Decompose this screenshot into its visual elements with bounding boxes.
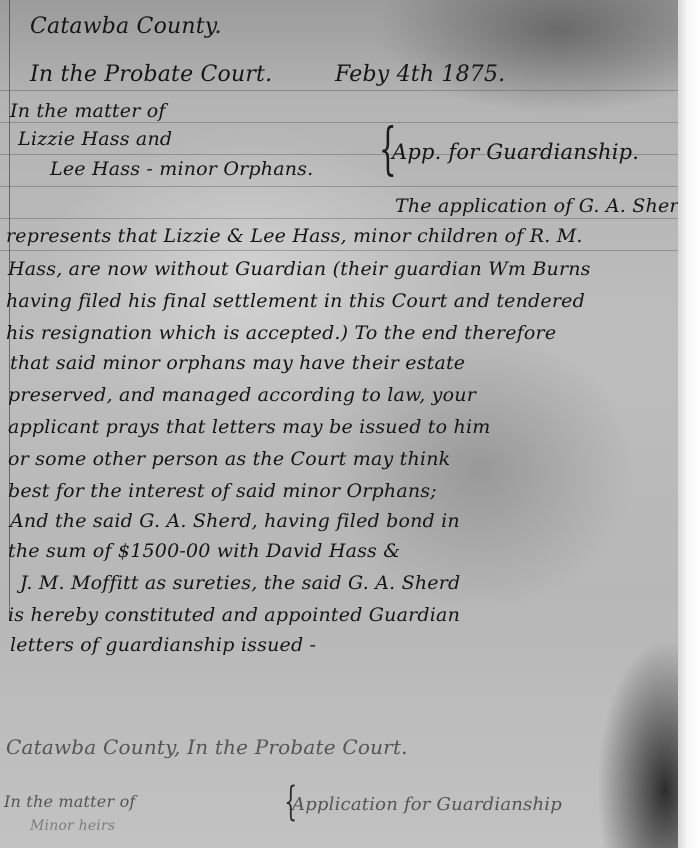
entry-date: Feby 4th 1875. <box>335 62 505 87</box>
caption: App. for Guardianship. <box>392 140 639 164</box>
body-line: best for the interest of said minor Orph… <box>8 480 437 502</box>
ruled-line <box>0 186 678 187</box>
body-line: his resignation which is accepted.) To t… <box>6 322 556 344</box>
body-line: or some other person as the Court may th… <box>8 448 450 470</box>
court-heading: In the Probate Court. <box>30 62 272 87</box>
body-line: letters of guardianship issued - <box>10 634 316 656</box>
ruled-line <box>0 218 678 219</box>
second-matter-line: Minor heirs <box>30 818 115 834</box>
ruled-line <box>0 250 678 251</box>
second-entry-heading: Catawba County, In the Probate Court. <box>6 735 408 759</box>
paper-edge <box>678 0 700 848</box>
document-page: Catawba County. In the Probate Court. Fe… <box>0 0 678 848</box>
county-heading: Catawba County. <box>30 14 222 39</box>
ruled-line <box>0 122 678 123</box>
body-line: preserved, and managed according to law,… <box>8 384 476 406</box>
matter-line: Lizzie Hass and <box>18 128 172 150</box>
matter-line: Lee Hass - minor Orphans. <box>50 158 313 180</box>
ruled-line <box>0 90 678 91</box>
body-line: J. M. Moffitt as sureties, the said G. A… <box>20 572 460 594</box>
body-line: that said minor orphans may have their e… <box>10 352 465 374</box>
second-caption: Application for Guardianship <box>292 794 562 815</box>
body-line: is hereby constituted and appointed Guar… <box>8 604 460 626</box>
body-line: the sum of $1500-00 with David Hass & <box>8 540 400 562</box>
body-line: The application of G. A. Sherd <box>395 195 691 217</box>
matter-line: In the matter of <box>10 100 166 122</box>
body-line: And the said G. A. Sherd, having filed b… <box>10 510 460 532</box>
body-line: Hass, are now without Guardian (their gu… <box>8 258 591 280</box>
body-line: having filed his final settlement in thi… <box>6 290 585 312</box>
body-line: applicant prays that letters may be issu… <box>8 416 490 438</box>
body-line: represents that Lizzie & Lee Hass, minor… <box>6 225 583 247</box>
second-matter-line: In the matter of <box>4 792 136 811</box>
